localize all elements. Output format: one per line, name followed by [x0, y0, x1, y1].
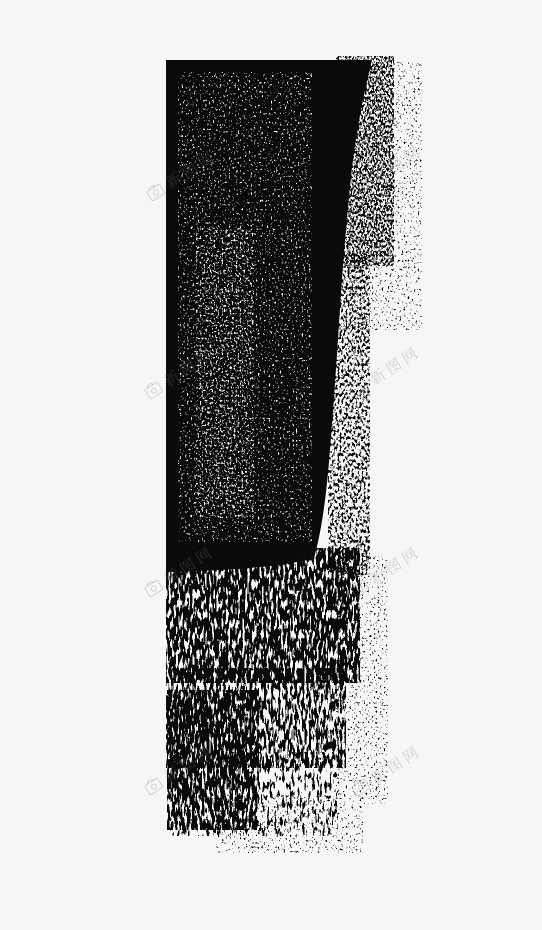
ink-splatter-bottom-right [336, 556, 388, 804]
ink-brush-stroke-graphic [0, 0, 542, 930]
ink-texture-drybrush-dense [166, 548, 360, 683]
ink-splatter-top-right [348, 62, 422, 330]
artboard: 新图网 新图网 新图网 新图网 新图网 新图网 新图网 新图网 [0, 0, 542, 930]
ink-white-speckles-strip [196, 228, 254, 518]
ink-splatter-bottom [215, 795, 363, 853]
